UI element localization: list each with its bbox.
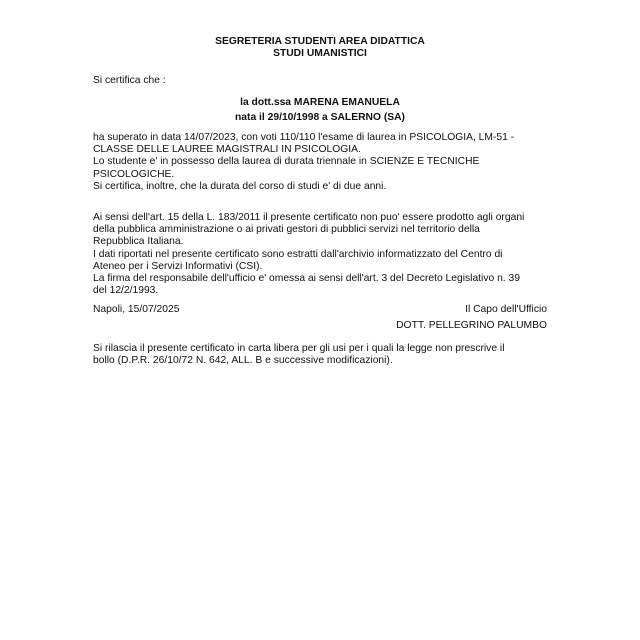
legal-line: I dati riportati nel presente certificat…	[93, 249, 553, 261]
footer-line: bollo (D.P.R. 26/10/72 N. 642, ALL. B e …	[93, 355, 553, 367]
legal-line: Ateneo per i Servizi Informativi (CSI).	[93, 261, 553, 273]
signature-title: Il Capo dell'Ufficio	[465, 304, 547, 316]
legal-line: del 12/2/1993.	[93, 285, 553, 297]
header-department: STUDI UMANISTICI	[0, 48, 640, 60]
footer-line: Si rilascia il presente certificato in c…	[93, 343, 553, 355]
subject-name: la dott.ssa MARENA EMANUELA	[0, 97, 640, 109]
intro-text: Si certifica che :	[93, 75, 166, 87]
degree-line: PSICOLOGICHE.	[93, 169, 553, 181]
place-date: Napoli, 15/07/2025	[93, 304, 179, 316]
degree-paragraph: ha superato in data 14/07/2023, con voti…	[93, 132, 553, 193]
certificate-page: SEGRETERIA STUDENTI AREA DIDATTICA STUDI…	[0, 0, 640, 640]
degree-line: Lo studente e' in possesso della laurea …	[93, 156, 553, 168]
signature-name: DOTT. PELLEGRINO PALUMBO	[396, 320, 547, 332]
legal-line: Ai sensi dell'art. 15 della L. 183/2011 …	[93, 212, 553, 224]
legal-paragraph: Ai sensi dell'art. 15 della L. 183/2011 …	[93, 212, 553, 297]
legal-line: Repubblica Italiana.	[93, 236, 553, 248]
subject-birth: nata il 29/10/1998 a SALERNO (SA)	[0, 112, 640, 124]
footer-paragraph: Si rilascia il presente certificato in c…	[93, 343, 553, 367]
degree-line: CLASSE DELLE LAUREE MAGISTRALI IN PSICOL…	[93, 144, 553, 156]
degree-line: ha superato in data 14/07/2023, con voti…	[93, 132, 553, 144]
header-office: SEGRETERIA STUDENTI AREA DIDATTICA	[0, 36, 640, 48]
legal-line: La firma del responsabile dell'ufficio e…	[93, 273, 553, 285]
legal-line: della pubblica amministrazione o ai priv…	[93, 224, 553, 236]
degree-line: Si certifica, inoltre, che la durata del…	[93, 181, 553, 193]
